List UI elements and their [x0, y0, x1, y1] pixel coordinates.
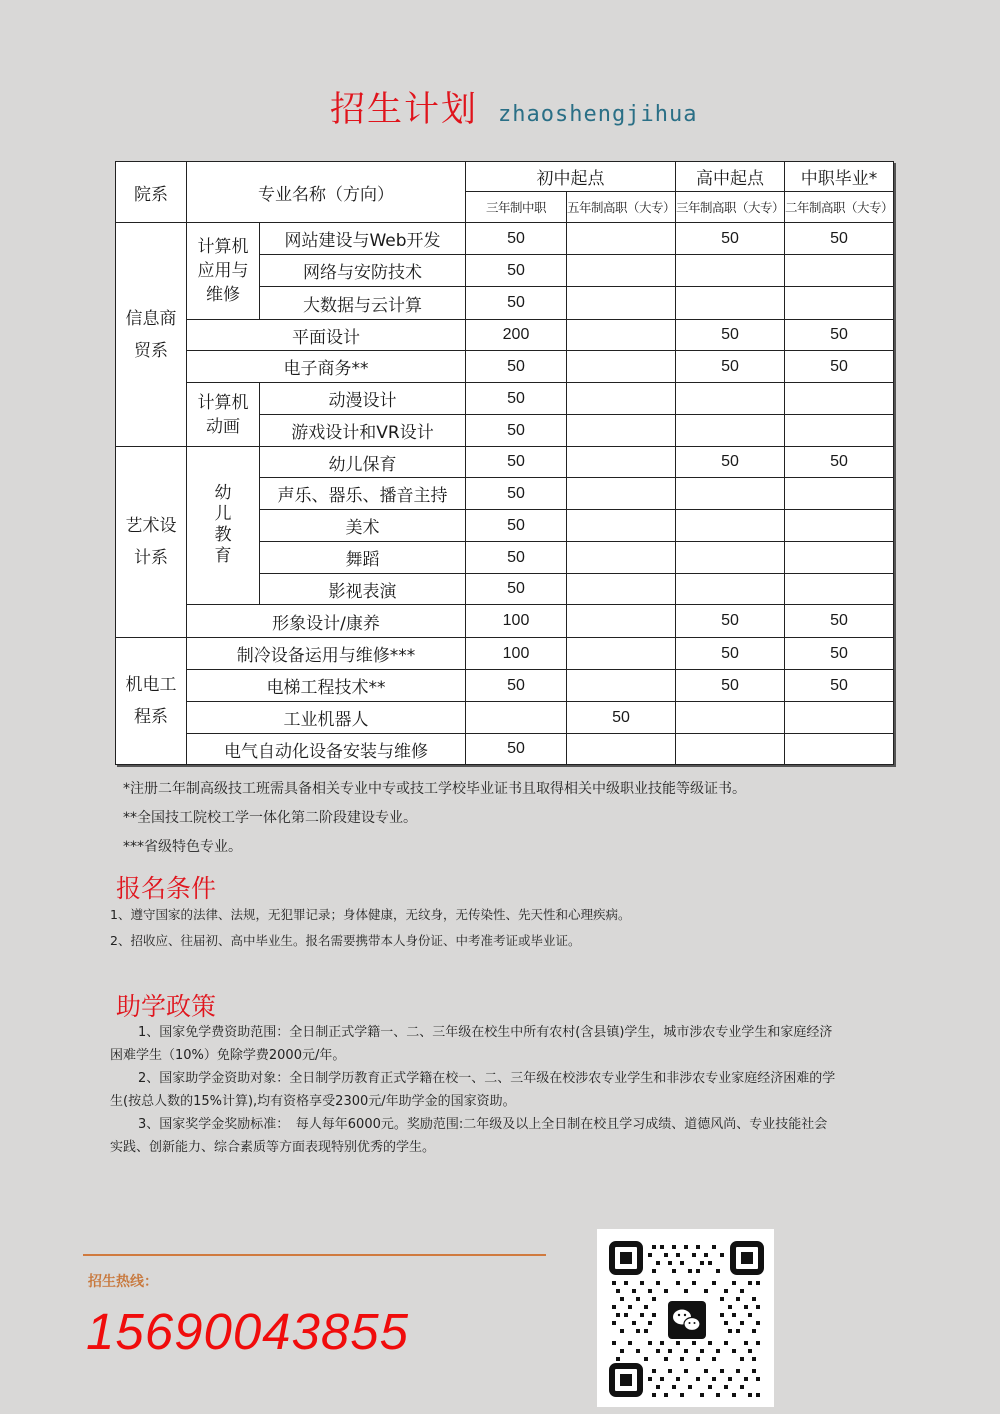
aid-item-text: 1、国家免学费资助范围：全日制正式学籍一、二、三年级在校生中所有农村(含县镇)学…: [110, 1025, 832, 1063]
value-cell: 50: [785, 605, 894, 638]
value-cell: [567, 447, 676, 478]
financial-aid-list: 1、国家免学费资助范围：全日制正式学籍一、二、三年级在校生中所有农村(含县镇)学…: [110, 1021, 840, 1159]
requirements-list: 1、遵守国家的法律、法规，无犯罪记录；身体健康，无纹身，无传染性、先天性和心理疾…: [110, 905, 630, 957]
value-cell: 50: [785, 638, 894, 670]
header-senior-start: 高中起点: [676, 162, 785, 192]
value-cell: 50: [676, 223, 785, 255]
table-row: 工业机器人 50: [116, 702, 894, 734]
title-chinese: 招生计划: [330, 82, 478, 132]
requirement-item: 1、遵守国家的法律、法规，无犯罪记录；身体健康，无纹身，无传染性、先天性和心理疾…: [110, 905, 630, 931]
value-cell: 50: [785, 670, 894, 702]
aid-item-text: 2、国家助学金资助对象：全日制学历教育正式学籍在校一、二、三年级在校涉农专业学生…: [110, 1071, 835, 1109]
value-cell: [785, 734, 894, 765]
footnote: ***省级特色专业。: [123, 836, 746, 865]
value-cell: 50: [466, 415, 567, 447]
value-cell: [567, 351, 676, 383]
value-cell: [676, 702, 785, 734]
group-cell: 计算机应用与维修: [187, 223, 260, 320]
aid-item: 1、国家免学费资助范围：全日制正式学籍一、二、三年级在校生中所有农村(含县镇)学…: [110, 1021, 840, 1067]
value-cell: [785, 415, 894, 447]
value-cell: 50: [676, 638, 785, 670]
value-cell: [785, 478, 894, 510]
value-cell: 50: [676, 351, 785, 383]
value-cell: 200: [466, 320, 567, 351]
value-cell: [567, 638, 676, 670]
major-cell: 动漫设计: [260, 383, 466, 415]
major-cell: 制冷设备运用与维修***: [187, 638, 466, 670]
value-cell: [466, 702, 567, 734]
header-major: 专业名称（方向）: [187, 162, 466, 223]
value-cell: 50: [785, 320, 894, 351]
financial-aid-title: 助学政策: [116, 987, 216, 1023]
value-cell: 50: [466, 223, 567, 255]
value-cell: [785, 383, 894, 415]
table-row: 电梯工程技术** 50 50 50: [116, 670, 894, 702]
table-row: 形象设计/康养 100 50 50: [116, 605, 894, 638]
value-cell: [785, 542, 894, 574]
table-row: 艺术设计系 幼儿教育 幼儿保育 50 50 50: [116, 447, 894, 478]
value-cell: [567, 223, 676, 255]
value-cell: 50: [785, 351, 894, 383]
dept-cell: 机电工程系: [116, 638, 187, 765]
aid-item: 3、国家奖学金奖励标准： 每人每年6000元。奖励范围:二年级及以上全日制在校且…: [110, 1113, 840, 1159]
value-cell: [676, 383, 785, 415]
major-cell: 平面设计: [187, 320, 466, 351]
value-cell: 50: [466, 383, 567, 415]
major-cell: 游戏设计和VR设计: [260, 415, 466, 447]
value-cell: [676, 415, 785, 447]
major-cell: 电气自动化设备安装与维修: [187, 734, 466, 765]
aid-item-text: 3、国家奖学金奖励标准： 每人每年6000元。奖励范围:二年级及以上全日制在校且…: [110, 1117, 827, 1155]
hotline-divider: [83, 1254, 546, 1256]
value-cell: 50: [466, 670, 567, 702]
major-cell: 美术: [260, 510, 466, 542]
header-3yr-secondary: 三年制中职: [466, 192, 567, 223]
table-row: 电气自动化设备安装与维修 50: [116, 734, 894, 765]
value-cell: 50: [676, 670, 785, 702]
table-row: 平面设计 200 50 50: [116, 320, 894, 351]
value-cell: [785, 574, 894, 605]
value-cell: [567, 255, 676, 287]
value-cell: 100: [466, 638, 567, 670]
major-cell: 影视表演: [260, 574, 466, 605]
enrollment-plan-table: 院系 专业名称（方向） 初中起点 高中起点 中职毕业* 三年制中职 五年制高职（…: [115, 161, 894, 765]
value-cell: 50: [785, 447, 894, 478]
dept-cell: 艺术设计系: [116, 447, 187, 638]
requirement-item: 2、招收应、往届初、高中毕业生。报名需要携带本人身份证、中考准考证或毕业证。: [110, 931, 630, 957]
table-row: 信息商贸系 计算机应用与维修 网站建设与Web开发 50 50 50: [116, 223, 894, 255]
value-cell: [567, 320, 676, 351]
major-cell: 电梯工程技术**: [187, 670, 466, 702]
value-cell: [785, 702, 894, 734]
major-cell: 电子商务**: [187, 351, 466, 383]
value-cell: [567, 478, 676, 510]
value-cell: [676, 287, 785, 320]
major-cell: 工业机器人: [187, 702, 466, 734]
header-5yr-higher: 五年制高职（大专）: [567, 192, 676, 223]
value-cell: [785, 510, 894, 542]
major-cell: 网络与安防技术: [260, 255, 466, 287]
header-3yr-higher: 三年制高职（大专）: [676, 192, 785, 223]
value-cell: 50: [466, 447, 567, 478]
requirements-title: 报名条件: [116, 869, 216, 905]
footnote: **全国技工院校工学一体化第二阶段建设专业。: [123, 807, 746, 836]
value-cell: 50: [466, 478, 567, 510]
header-dept: 院系: [116, 162, 187, 223]
header-vocational-grad: 中职毕业*: [785, 162, 894, 192]
value-cell: 50: [466, 734, 567, 765]
header-2yr-higher: 二年制高职（大专）: [785, 192, 894, 223]
group-cell: 计算机动画: [187, 383, 260, 447]
value-cell: 50: [466, 287, 567, 320]
footnote: *注册二年制高级技工班需具备相关专业中专或技工学校毕业证书且取得相关中级职业技能…: [123, 778, 746, 807]
major-cell: 舞蹈: [260, 542, 466, 574]
value-cell: [567, 574, 676, 605]
value-cell: [785, 287, 894, 320]
value-cell: [676, 734, 785, 765]
value-cell: 50: [676, 605, 785, 638]
value-cell: 50: [466, 542, 567, 574]
value-cell: [567, 287, 676, 320]
value-cell: 50: [785, 223, 894, 255]
wechat-qr-code[interactable]: [597, 1229, 774, 1407]
qr-code-icon: [597, 1229, 774, 1407]
title-pinyin: zhaoshengjihua: [498, 102, 697, 127]
value-cell: [676, 574, 785, 605]
footnotes: *注册二年制高级技工班需具备相关专业中专或技工学校毕业证书且取得相关中级职业技能…: [123, 778, 746, 865]
aid-item: 2、国家助学金资助对象：全日制学历教育正式学籍在校一、二、三年级在校涉农专业学生…: [110, 1067, 840, 1113]
dept-cell: 信息商贸系: [116, 223, 187, 447]
value-cell: [567, 510, 676, 542]
value-cell: [676, 510, 785, 542]
value-cell: 50: [676, 320, 785, 351]
value-cell: [567, 734, 676, 765]
value-cell: 50: [567, 702, 676, 734]
value-cell: [676, 542, 785, 574]
header-junior-start: 初中起点: [466, 162, 676, 192]
group-cell: 幼儿教育: [187, 447, 260, 605]
major-cell: 形象设计/康养: [187, 605, 466, 638]
value-cell: [567, 670, 676, 702]
value-cell: 50: [466, 255, 567, 287]
value-cell: 50: [466, 510, 567, 542]
value-cell: [567, 605, 676, 638]
value-cell: 50: [466, 574, 567, 605]
value-cell: [567, 542, 676, 574]
page-title: 招生计划 zhaoshengjihua: [330, 82, 697, 132]
major-cell: 声乐、器乐、播音主持: [260, 478, 466, 510]
value-cell: 100: [466, 605, 567, 638]
table-row: 计算机动画 动漫设计 50: [116, 383, 894, 415]
major-cell: 幼儿保育: [260, 447, 466, 478]
value-cell: [567, 383, 676, 415]
table-row: 电子商务** 50 50 50: [116, 351, 894, 383]
value-cell: [676, 478, 785, 510]
value-cell: [676, 255, 785, 287]
value-cell: 50: [676, 447, 785, 478]
major-cell: 大数据与云计算: [260, 287, 466, 320]
hotline-number[interactable]: 15690043855: [86, 1302, 409, 1361]
major-cell: 网站建设与Web开发: [260, 223, 466, 255]
table-row: 机电工程系 制冷设备运用与维修*** 100 50 50: [116, 638, 894, 670]
value-cell: 50: [466, 351, 567, 383]
hotline-label: 招生热线：: [88, 1271, 158, 1291]
value-cell: [785, 255, 894, 287]
value-cell: [567, 415, 676, 447]
